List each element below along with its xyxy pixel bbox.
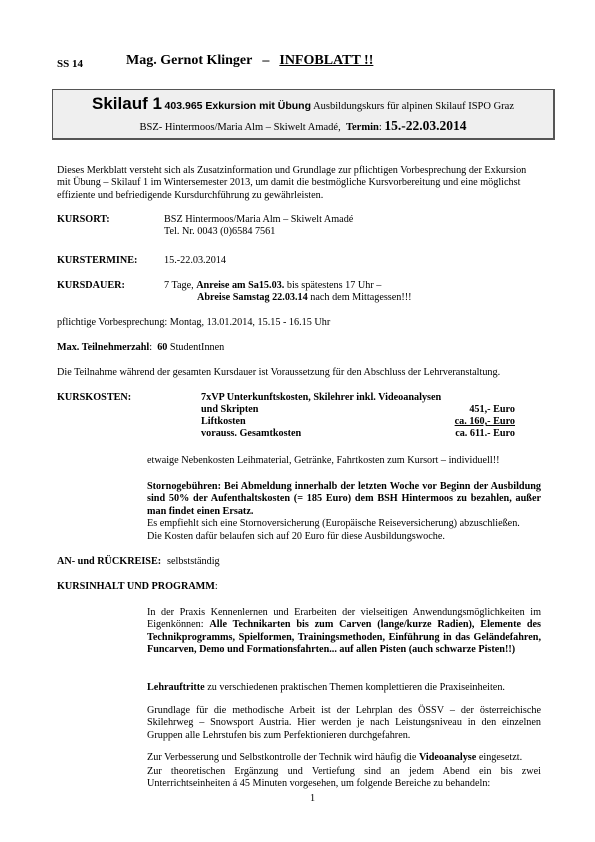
- cost-row: 7xVP Unterkunftskosten, Skilehrer inkl. …: [201, 392, 515, 404]
- course-location: BSZ- Hintermoos/Maria Alm – Skiwelt Amad…: [139, 122, 340, 133]
- course-content-p2: Lehrauftritte zu verschiedenen praktisch…: [147, 682, 541, 694]
- max-participants-count: 60: [157, 342, 167, 353]
- document-title: INFOBLATT !!: [279, 53, 373, 68]
- document-header: Mag. Gernot Klinger–INFOBLATT !!: [126, 55, 373, 67]
- termin-label: Termin: [346, 122, 379, 133]
- max-participants-label: Max. Teilnehmerzahl: [57, 342, 149, 353]
- kursdauer-line1: 7 Tage, Anreise am Sa15.03. bis späteste…: [164, 280, 381, 292]
- kurstermine-label: KURSTERMINE:: [57, 255, 137, 267]
- kursdauer-departure: Abreise Samstag 22.03.14: [197, 292, 308, 303]
- course-number: 403.965 Exkursion mit Übung: [165, 100, 311, 112]
- cost-amount: ca. 160,- Euro: [455, 416, 515, 428]
- course-name: Skilauf 1: [92, 94, 162, 113]
- course-location-line: BSZ- Hintermoos/Maria Alm – Skiwelt Amad…: [53, 120, 553, 134]
- max-participants: Max. Teilnehmerzahl: 60 StudentInnen: [57, 342, 224, 354]
- lehrauftritte-desc: zu verschiedenen praktischen Themen komp…: [205, 682, 505, 693]
- header-dash: –: [262, 53, 269, 68]
- page-number: 1: [310, 793, 315, 805]
- kursort-phone: Tel. Nr. 0043 (0)6584 7561: [164, 226, 275, 238]
- travel-value: selbstständig: [167, 556, 220, 568]
- travel-label: AN- und RÜCKREISE:: [57, 556, 161, 568]
- lehrauftritte-term: Lehrauftritte: [147, 682, 205, 693]
- kursdauer-label: KURSDAUER:: [57, 280, 125, 292]
- course-content-heading: KURSINHALT UND PROGRAMM:: [57, 581, 218, 593]
- video-intro: Zur Verbesserung und Selbstkontrolle der…: [147, 752, 419, 763]
- vorbesprechung: pflichtige Vorbesprechung: Montag, 13.01…: [57, 317, 330, 329]
- cost-label: Liftkosten: [201, 416, 246, 427]
- cancellation-fees: Stornogebühren: Bei Abmeldung innerhalb …: [147, 481, 541, 518]
- kursdauer-line2: Abreise Samstag 22.03.14 nach dem Mittag…: [197, 292, 412, 304]
- attendance-requirement: Die Teilnahme während der gesamten Kursd…: [57, 367, 500, 379]
- author-name: Mag. Gernot Klinger: [126, 53, 252, 68]
- kursdauer-days: 7 Tage,: [164, 280, 196, 291]
- video-end: eingesetzt.: [476, 752, 522, 763]
- course-content-colon: :: [215, 581, 218, 592]
- cost-amount-total: ca. 611.- Euro: [455, 428, 515, 440]
- cost-row: Liftkostenca. 160,- Euro: [201, 416, 515, 428]
- insurance-cost: Die Kosten dafür belaufen sich auf 20 Eu…: [147, 531, 541, 543]
- course-content-p4: Zur Verbesserung und Selbstkontrolle der…: [147, 752, 541, 764]
- cost-row: und Skripten451,- Euro: [201, 404, 515, 416]
- kursort-label: KURSORT:: [57, 214, 110, 226]
- videoanalyse-term: Videoanalyse: [419, 752, 476, 763]
- course-title-line: Skilauf 1 403.965 Exkursion mit Übung Au…: [53, 98, 553, 113]
- kursdauer-arrival: Anreise am Sa15.03.: [196, 280, 284, 291]
- course-content-p5: Zur theoretischen Ergänzung und Vertiefu…: [147, 766, 541, 791]
- termin-value: 15.-22.03.2014: [384, 118, 466, 133]
- kurstermine-value: 15.-22.03.2014: [164, 255, 226, 267]
- max-participants-unit: StudentInnen: [170, 342, 224, 353]
- additional-costs: etwaige Nebenkosten Leihmaterial, Geträn…: [147, 455, 500, 467]
- course-content-p3: Grundlage für die methodische Arbeit ist…: [147, 705, 541, 742]
- cost-amount: 451,- Euro: [469, 404, 515, 416]
- cost-label: vorauss. Gesamtkosten: [201, 428, 301, 439]
- course-description: Ausbildungskurs für alpinen Skilauf ISPO…: [313, 101, 514, 112]
- semester-label: SS 14: [57, 58, 83, 70]
- kursort-address: BSZ Hintermoos/Maria Alm – Skiwelt Amadé: [164, 214, 353, 226]
- cost-label: und Skripten: [201, 404, 258, 415]
- kurskosten-label: KURSKOSTEN:: [57, 392, 131, 404]
- cost-label: 7xVP Unterkunftskosten, Skilehrer inkl. …: [201, 392, 441, 403]
- course-content-label: KURSINHALT UND PROGRAMM: [57, 581, 215, 592]
- course-content-p1: In der Praxis Kennenlernen und Erarbeite…: [147, 607, 541, 657]
- cost-row-total: vorauss. Gesamtkostenca. 611.- Euro: [201, 428, 515, 440]
- kursdauer-departure-time: nach dem Mittagessen!!!: [308, 292, 412, 303]
- cancellation-insurance: Es empfiehlt sich eine Stornoversicherun…: [147, 518, 541, 530]
- intro-paragraph: Dieses Merkblatt versteht sich als Zusat…: [57, 165, 541, 202]
- kursdauer-arrival-time: bis spätestens 17 Uhr –: [284, 280, 381, 291]
- course-info-box: Skilauf 1 403.965 Exkursion mit Übung Au…: [52, 89, 555, 140]
- cancellation-info: Stornogebühren: Bei Abmeldung innerhalb …: [147, 481, 541, 543]
